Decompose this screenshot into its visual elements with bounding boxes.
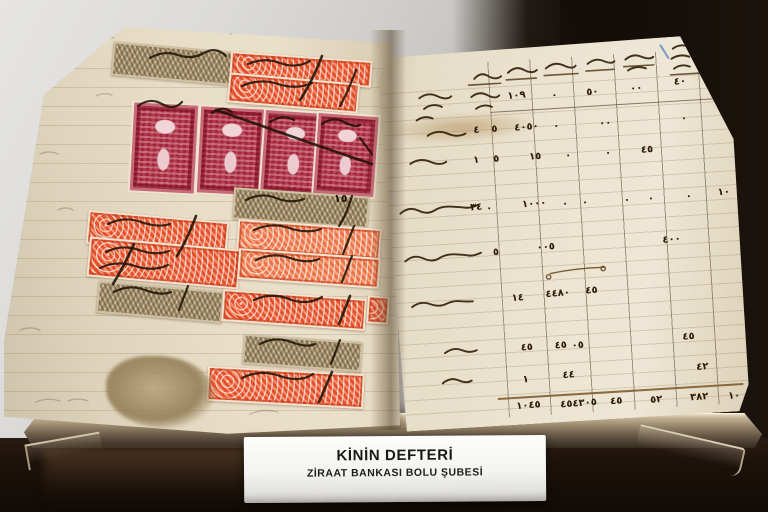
ledger-right-page: ١٠٩٠٥٠٠٠٤٠٤٥٤٠٥٠٠٠٠٠١٥١٥٠٠٤٥٣٤٠١٠٠٠٠٠٠٠٠…: [377, 33, 761, 432]
ledger-entry: ٥٢: [650, 394, 663, 406]
ledger-entry: ٠: [582, 197, 589, 208]
label-plaque: KİNİN DEFTERİ ZİRAAT BANKASI BOLU ŞUBESİ: [244, 435, 546, 503]
ledger-entry: ٤: [473, 125, 480, 136]
ledger-entry: ١٠٤٥: [516, 399, 541, 412]
ledger-entry: ٠: [562, 198, 569, 209]
ledger-entry: ١: [473, 155, 480, 166]
ledger-entry: ٤٢: [696, 361, 709, 373]
ledger-entry: ٤٠: [673, 76, 686, 88]
ledger-entry: ٠: [553, 121, 560, 132]
ledger-entry: ٠٠: [630, 83, 643, 95]
ledger-entry: ١٠: [728, 390, 741, 402]
ledger-entry: ٠٥: [571, 340, 584, 352]
ledger-entry: ٣٤: [470, 202, 483, 214]
ledger-entry: ٤٤: [562, 369, 575, 381]
ledger-entry: ٥: [491, 123, 498, 134]
ledger-entry: ٠: [565, 150, 572, 161]
red-revenue-stamp-2: [197, 106, 265, 195]
ledger-entry: ٠: [647, 193, 654, 204]
ledger-entry: ٠: [551, 90, 558, 101]
ledger-entry: ٤٥: [520, 342, 533, 354]
ledger-entry: ٤٠٠: [662, 233, 681, 245]
ledger-entry: ٥: [493, 153, 500, 164]
ledger-entry: ٤٥: [682, 331, 695, 343]
ledger-entry: ١: [522, 374, 529, 385]
ledger-entry: ٤٥: [640, 144, 653, 156]
ledger-entry: ٥: [492, 247, 499, 258]
plaque-title: KİNİN DEFTERİ: [336, 447, 453, 465]
museum-display-photo: ١٥: [0, 0, 768, 512]
ledger-entry: ١٠٠٠: [522, 197, 547, 210]
ledger-entry: ٠: [605, 148, 612, 159]
ledger-entry: ٤٥: [610, 395, 623, 407]
ledger-entry: ٣٨٢: [690, 391, 709, 403]
ledger-entry: ٠٠: [599, 117, 612, 129]
red-revenue-stamp-4: [313, 113, 378, 197]
ledger-entry: ١٠: [717, 186, 730, 198]
ledger-entry: ٠: [681, 113, 688, 124]
book-gutter-shadow: [370, 30, 406, 430]
ledger-entry: ٠٠٥: [536, 241, 555, 253]
ledger-entry: ٤٥: [554, 340, 567, 352]
plaque-subtitle: ZİRAAT BANKASI BOLU ŞUBESİ: [307, 466, 483, 479]
handwritten-note: ١٥: [334, 192, 347, 205]
ledger-entry: ٥٠: [586, 86, 599, 98]
ledger-entry: ١٥: [529, 151, 542, 163]
ledger-entry: ٤٥: [585, 285, 598, 297]
ledger-entry: ١٤: [511, 292, 524, 304]
ledger-entry: ٤٤٨٠: [545, 287, 570, 300]
ledger-entry: ٠: [624, 195, 631, 206]
ledger-entry: ٤٠٥٠: [514, 121, 539, 134]
ledger-entry: ٠: [685, 191, 692, 202]
ledger-entry: ٠: [486, 203, 493, 214]
red-revenue-stamp-1: [130, 102, 199, 193]
ledger-entry: ١٠٩: [507, 90, 526, 102]
